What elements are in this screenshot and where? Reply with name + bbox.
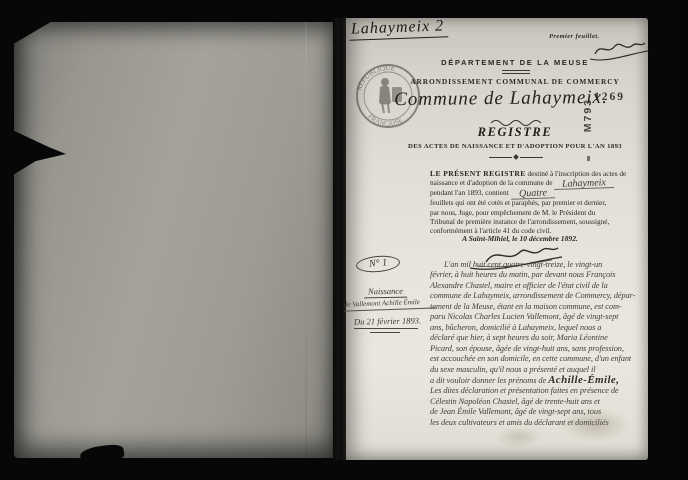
act-line: commune de Lahaymeix, arrondissement de … (430, 291, 652, 301)
register-page: Lahaymeix 2 Premier feuillet. RÉPUBLIQUE… (346, 18, 648, 460)
act-line: tement de la Meuse, étant en la maison c… (430, 302, 652, 312)
act-line: ans, bûcheron, domicilié à Lahaymeix, le… (430, 323, 652, 333)
arrondissement-heading: ARRONDISSEMENT COMMUNAL DE COMMERCY (386, 77, 644, 86)
preamble-line: pendant l'an 1893, contient Quatre (430, 188, 632, 198)
preamble-paragraph: LE PRÉSENT REGISTRE destiné à l'inscript… (430, 169, 632, 235)
page-stack-edge (648, 52, 661, 460)
handwritten-commune-note-text: Lahaymeix 2 (349, 17, 449, 40)
registre-title: REGISTRE (386, 125, 644, 140)
preamble-line: Tribunal de première instance de l'arron… (430, 217, 632, 226)
child-given-names: Achille-Émile, (548, 374, 619, 386)
act-line: est accouchée en son domicile, en cette … (430, 354, 652, 364)
preamble-line: par nous, Juge, pour empêchement de M. l… (430, 208, 632, 217)
left-blank-page (14, 22, 333, 458)
act-line: paru Nicolas Charles Lucien Vallemont, â… (430, 312, 652, 322)
department-heading: DÉPARTEMENT DE LA MEUSE (386, 58, 644, 67)
preamble-line2: naissance et d'adoption de la commune de (430, 178, 552, 187)
act-line: de Jean Émile Vallemont, âgé de vingt-se… (430, 407, 652, 417)
microfilm-tick (587, 156, 590, 161)
act-type-label: Naissance (364, 286, 407, 299)
act-line: les deux cultivateurs et amis du déclara… (430, 418, 652, 428)
scanned-register-page: Lahaymeix 2 Premier feuillet. RÉPUBLIQUE… (0, 0, 688, 480)
act-line-prenoms: a dit vouloir donner les prénoms de Achi… (430, 375, 652, 386)
act-person-name: de Vallemont Achille Émile (344, 297, 436, 311)
paper-crease (305, 22, 307, 458)
act-line: Alexandre Chastel, maire et officier de … (430, 281, 652, 291)
act-line: L'an mil huit cent quatre-vingt-treize, … (430, 260, 652, 270)
preamble-line: naissance et d'adoption de la commune de… (430, 178, 632, 188)
margin-flourish (354, 328, 418, 329)
dateline: A Saint-Mihiel, le 10 décembre 1892. (430, 234, 610, 243)
preamble-line3: pendant l'an 1893, contient (430, 188, 509, 197)
registre-subtitle: DES ACTES DE NAISSANCE ET D'ADOPTION POU… (386, 143, 644, 150)
act-line: déclaré que hier, à sept heures du soir,… (430, 333, 652, 343)
act-line: février, à huit heures du matin, par dev… (430, 270, 652, 280)
double-rule (502, 70, 530, 74)
preamble-line: feuillets qui ont été cotés et paraphés,… (430, 198, 632, 207)
ornament-divider (489, 155, 543, 159)
birth-act-text: L'an mil huit cent quatre-vingt-treize, … (430, 260, 652, 428)
act-line: Les dites déclaration et présentation fa… (430, 386, 652, 396)
act-line: Picard, son épouse, âgée de vingt-huit a… (430, 344, 652, 354)
paper-stain (496, 426, 542, 448)
act-date-label: Du 21 février 1893. (354, 315, 421, 326)
commune-handwritten-title: Commune de Lahaymeix. (372, 87, 630, 112)
feuillets-count-fill-in: Quatre (510, 189, 554, 201)
handwritten-commune-note: Lahaymeix 2 (349, 17, 449, 40)
preamble-lead: LE PRÉSENT REGISTRE (430, 169, 526, 178)
prenoms-prefix: a dit vouloir donner les prénoms de (430, 376, 548, 385)
margin-flourish (370, 332, 400, 333)
act-line: Célestin Napoléon Chastel, âgé de trente… (430, 397, 652, 407)
act-number-badge: N° 1 (355, 254, 400, 274)
preamble-line1-rest: destiné à l'inscription des actes de (526, 169, 627, 178)
